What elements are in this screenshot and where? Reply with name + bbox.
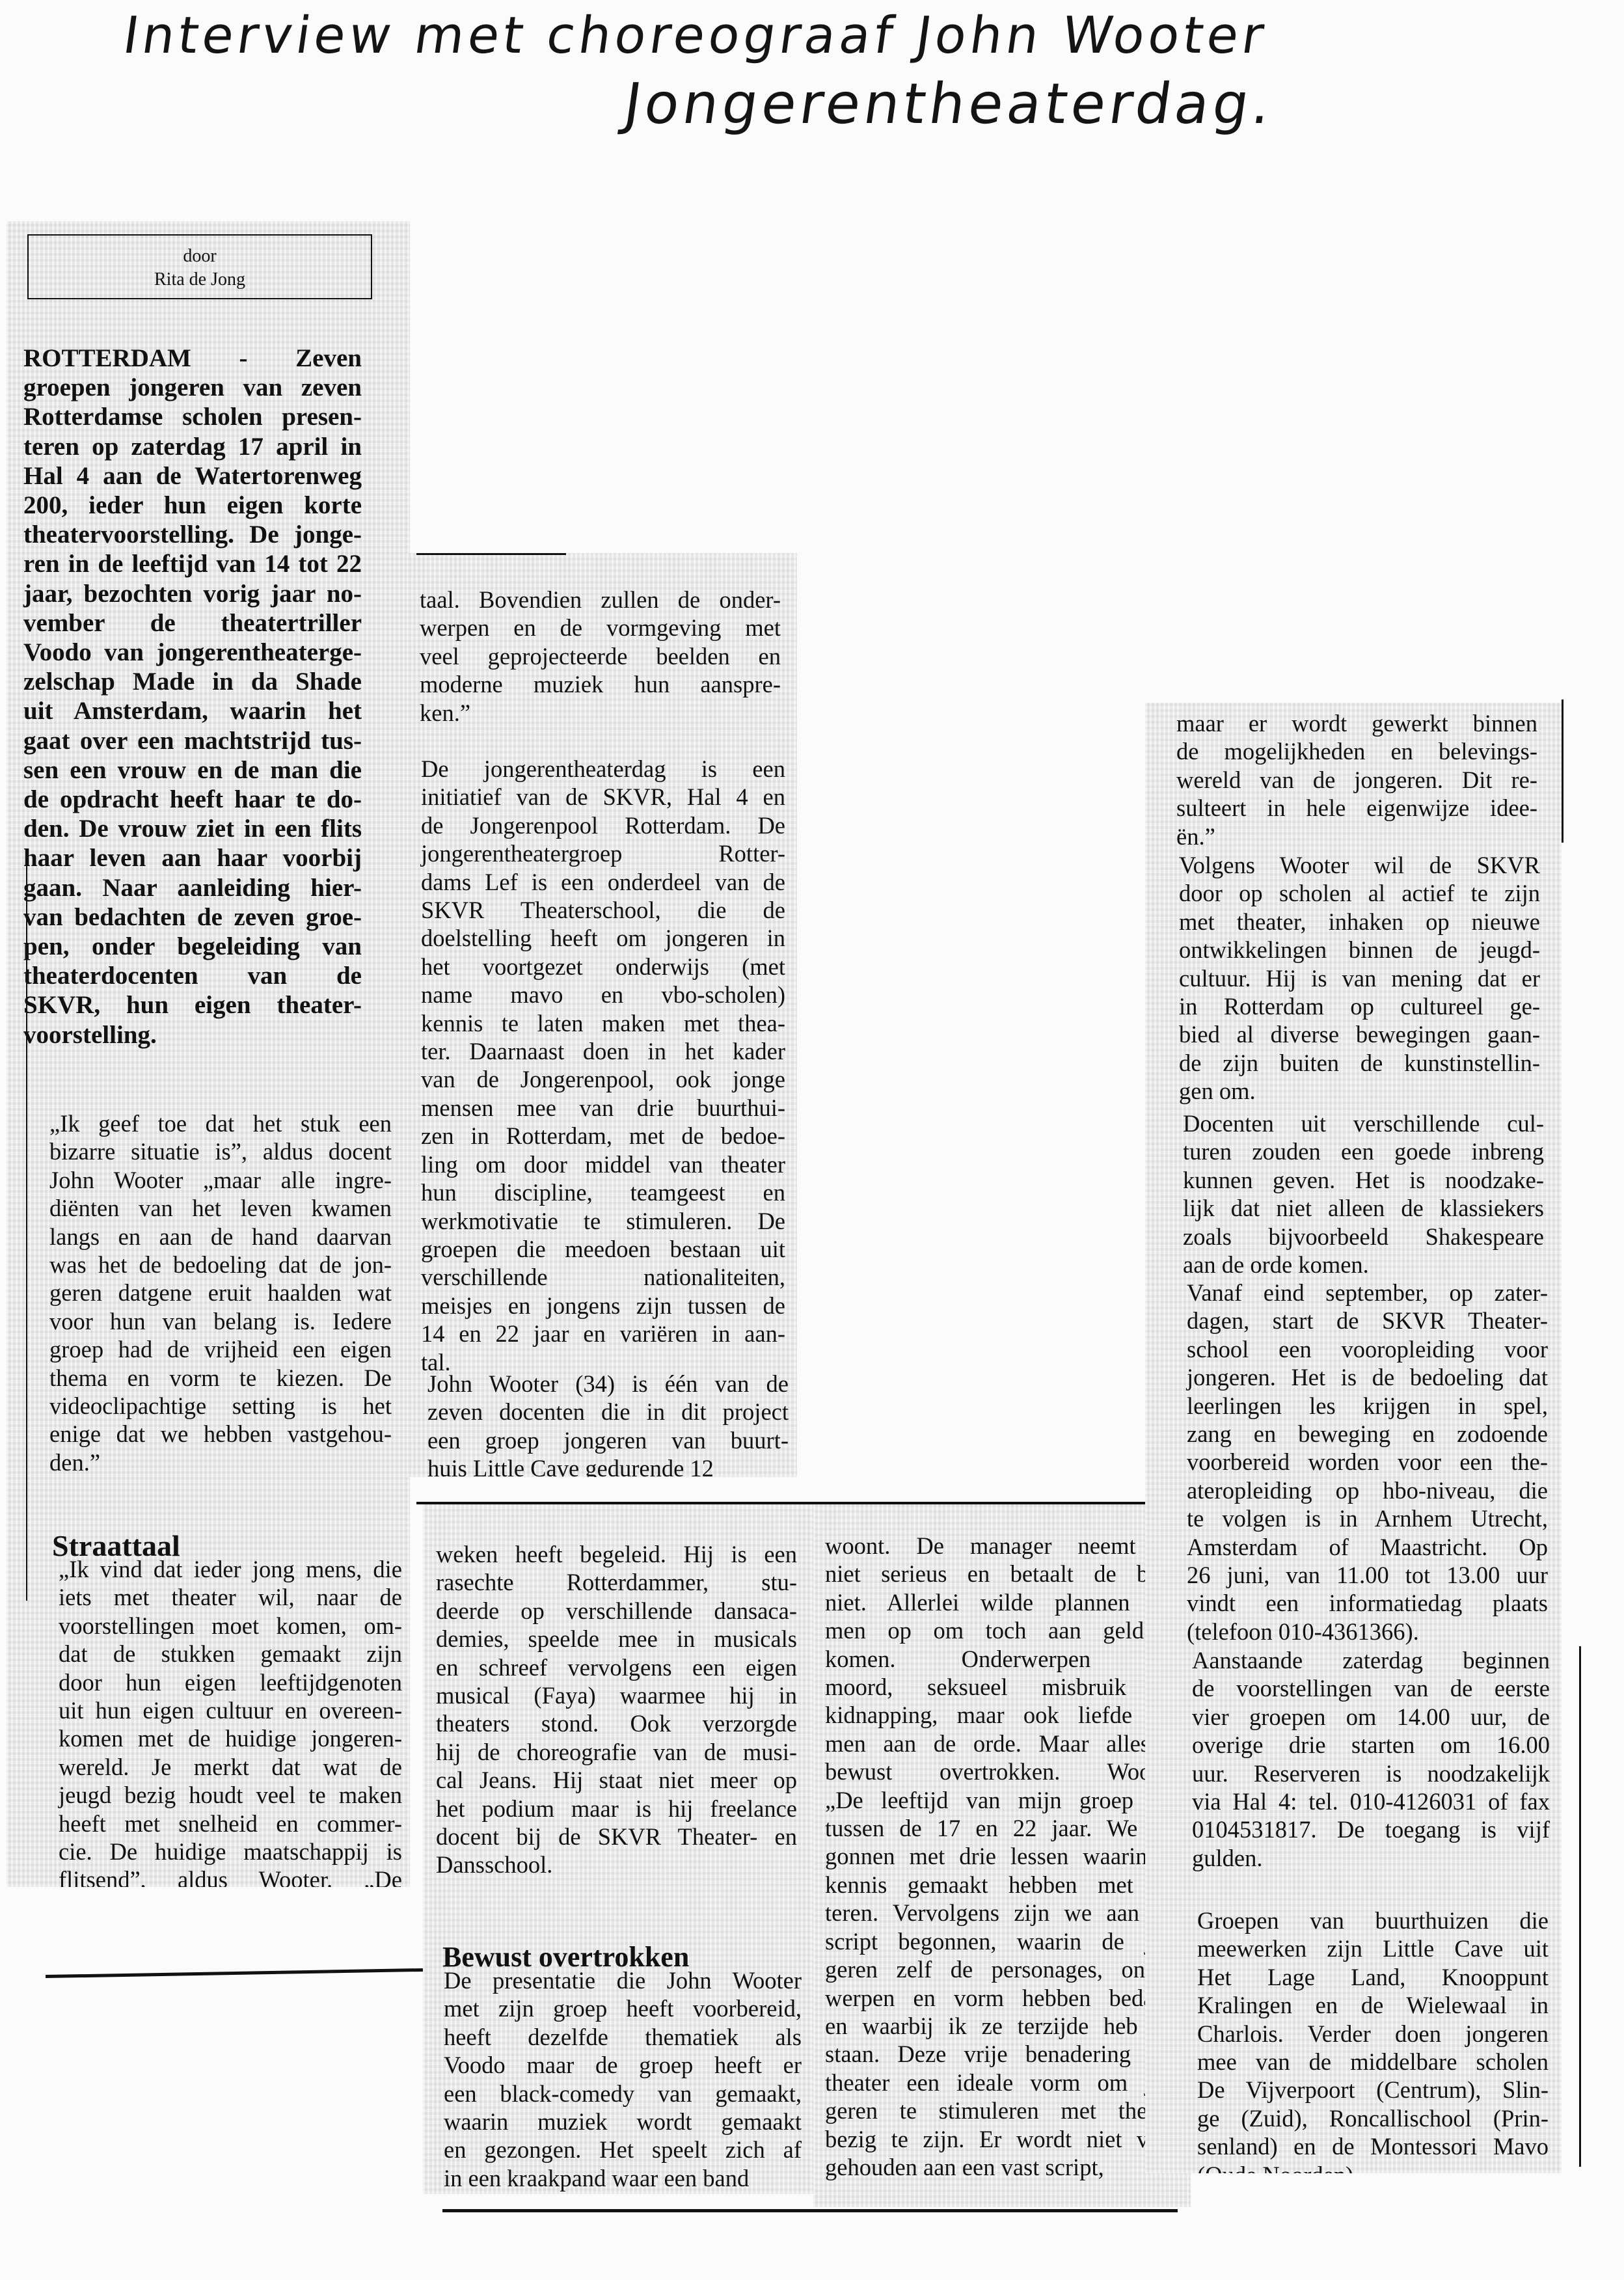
text-line: bezig te zijn. Er wordt niet vast-: [825, 2125, 1183, 2153]
text-line: moderne muziek hun aanspre-: [420, 670, 781, 698]
text-line: werpen en de vormgeving met: [420, 614, 781, 642]
byline-prefix: door: [29, 245, 371, 268]
text-line: uit hun eigen cultuur en overeen-: [59, 1696, 402, 1724]
text-line: vier groepen om 14.00 uur, de: [1192, 1703, 1550, 1731]
column-2-paragraph-2: De jongerentheaterdag is eeninitiatief v…: [421, 755, 785, 1376]
text-line: John Wooter (34) is één van de: [427, 1370, 789, 1398]
text-line: thema en vorm te kiezen. De: [49, 1364, 392, 1392]
text-line: Docenten uit verschillende cul-: [1183, 1109, 1544, 1137]
column-5-paragraph-5: Aanstaande zaterdag beginnende voorstell…: [1192, 1646, 1550, 1872]
text-line: en gezongen. Het speelt zich af: [444, 2136, 802, 2164]
text-line: Volgens Wooter wil de SKVR: [1179, 851, 1540, 879]
column-3-paragraph-2: De presentatie die John Wootermet zijn g…: [444, 1966, 802, 2192]
text-line: een groep jongeren van buurt-: [427, 1426, 789, 1454]
column-5-paragraph-1: maar er wordt gewerkt binnende mogelijkh…: [1176, 709, 1537, 850]
text-line: kennis gemaakt hebben met ac-: [825, 1871, 1183, 1899]
text-line: SKVR Theaterschool, die de: [421, 896, 785, 924]
text-line: 26 juni, van 11.00 tot 13.00 uur: [1187, 1561, 1548, 1589]
text-line: van bedachten de zeven groe-: [23, 903, 362, 932]
column-5-paragraph-2: Volgens Wooter wil de SKVRdoor op schole…: [1179, 851, 1540, 1106]
column-2-paragraph-1: taal. Bovendien zullen de onder-werpen e…: [420, 586, 781, 727]
column-5-right-rule-lower: [1579, 1646, 1581, 2167]
text-line: pen, onder begeleiding van: [23, 932, 362, 961]
text-line: van de Jongerenpool, ook jonge: [421, 1065, 785, 1093]
column-1-paragraph-straattaal: „Ik vind dat ieder jong mens, dieiets me…: [59, 1555, 402, 1887]
text-line: werkmotivatie te stimuleren. De: [421, 1207, 785, 1235]
byline-author: Rita de Jong: [29, 268, 371, 292]
text-line: Groepen van buurthuizen die: [1197, 1907, 1549, 1934]
column-5-paragraph-3: Docenten uit verschillende cul-turen zou…: [1183, 1109, 1544, 1279]
text-line: bied al diverse bewegingen gaan-: [1179, 1020, 1540, 1048]
text-line: (Oude Noorden).: [1197, 2161, 1549, 2173]
text-line: kennis te laten maken met thea-: [421, 1009, 785, 1037]
text-line: uur. Reserveren is noodzakelijk: [1192, 1759, 1550, 1787]
text-line: het voortgezet onderwijs (met: [421, 953, 785, 981]
text-line: gaan. Naar aanleiding hier-: [23, 873, 362, 903]
clipping-bottom-edge: [46, 1968, 423, 1978]
column-1-paragraph-quote: „Ik geef toe dat het stuk eenbizarre sit…: [49, 1109, 392, 1476]
column-2-top-rule: [416, 553, 566, 555]
text-line: de Jongerenpool Rotterdam. De: [421, 811, 785, 839]
column-5-paragraph-6: Groepen van buurthuizen diemeewerken zij…: [1197, 1907, 1549, 2173]
text-line: geren zelf de personages, onder-: [825, 1955, 1183, 1983]
text-line: in een kraakpand waar een band: [444, 2164, 802, 2192]
text-line: aan de orde komen.: [1183, 1251, 1544, 1279]
text-line: Rotterdamse scholen presen-: [23, 402, 362, 431]
text-line: dat de stukken gemaakt zijn: [59, 1640, 402, 1668]
text-line: taal. Bovendien zullen de onder-: [420, 586, 781, 614]
text-line: de voorstellingen van de eerste: [1192, 1674, 1550, 1702]
text-line: in Rotterdam op cultureel ge-: [1179, 992, 1540, 1020]
text-line: teren. Vervolgens zijn we aan het: [825, 1899, 1183, 1927]
text-line: theaterdocenten van de: [23, 961, 362, 990]
column-rule-left: [26, 859, 27, 1601]
text-line: initiatief van de SKVR, Hal 4 en: [421, 783, 785, 811]
text-line: sulteert in hele eigenwijze idee-: [1176, 794, 1537, 822]
text-line: de zijn buiten de kunstinstellin-: [1179, 1049, 1540, 1077]
text-line: ter. Daarnaast doen in het kader: [421, 1037, 785, 1065]
text-line: script begonnen, waarin de jon-: [825, 1927, 1183, 1955]
text-line: 14 en 22 jaar en variëren in aan-: [421, 1320, 785, 1348]
text-line: maar er wordt gewerkt binnen: [1176, 709, 1537, 737]
text-line: met theater, inhaken op nieuwe: [1179, 908, 1540, 936]
text-line: „Ik geef toe dat het stuk een: [49, 1109, 392, 1137]
text-line: heeft dezelfde thematiek als: [444, 2023, 802, 2051]
text-line: De Vijverpoort (Centrum), Slin-: [1197, 2076, 1549, 2104]
text-line: niet. Allerlei wilde plannen ko-: [825, 1588, 1183, 1616]
text-line: met zijn groep heeft voorbereid,: [444, 1994, 802, 2022]
text-line: vember de theatertriller: [23, 608, 362, 638]
text-line: teren op zaterdag 17 april in: [23, 432, 362, 461]
text-line: ge (Zuid), Roncallischool (Prin-: [1197, 2104, 1549, 2132]
clipping-column-2: taal. Bovendien zullen de onder-werpen e…: [407, 553, 797, 1477]
text-line: sen een vrouw en de man die: [23, 755, 362, 785]
text-line: meewerken zijn Little Cave uit: [1197, 1934, 1549, 1962]
text-line: uit Amsterdam, waarin het: [23, 696, 362, 726]
text-line: school een vooropleiding voor: [1187, 1335, 1548, 1363]
text-line: zen in Rotterdam, met de bedoe-: [421, 1122, 785, 1150]
text-line: diënten van het leven kwamen: [49, 1194, 392, 1222]
text-line: den. De vrouw ziet in een flits: [23, 814, 362, 843]
text-line: 0104531817. De toegang is vijf: [1192, 1815, 1550, 1843]
text-line: mee van de middelbare scholen: [1197, 2048, 1549, 2076]
text-line: demies, speelde mee in musicals: [436, 1625, 797, 1653]
text-line: (telefoon 010-4361366).: [1187, 1618, 1548, 1646]
text-line: jongerentheatergroep Rotter-: [421, 839, 785, 867]
text-line: gehouden aan een vast script,: [825, 2153, 1183, 2181]
text-line: flitsend”, aldus Wooter. „De: [59, 1866, 402, 1887]
text-line: voorbereid worden voor een the-: [1187, 1448, 1548, 1476]
text-line: men op om toch aan geld te: [825, 1616, 1183, 1644]
text-line: bewust overtrokken. Wooter:: [825, 1758, 1183, 1785]
text-line: cal Jeans. Hij staat niet meer op: [436, 1766, 797, 1794]
text-line: te volgen is in Arnhem Utrecht,: [1187, 1504, 1548, 1532]
column-3-bottom-rule: [442, 2209, 1178, 2212]
text-line: kunnen geven. Het is noodzake-: [1183, 1166, 1544, 1194]
text-line: overige drie starten om 16.00: [1192, 1731, 1550, 1759]
text-line: Aanstaande zaterdag beginnen: [1192, 1646, 1550, 1674]
text-line: groep had de vrijheid een eigen: [49, 1335, 392, 1363]
text-line: men aan de orde. Maar alles is: [825, 1730, 1183, 1758]
text-line: kidnapping, maar ook liefde ko-: [825, 1701, 1183, 1729]
text-line: name mavo en vbo-scholen): [421, 981, 785, 1009]
text-line: en schreef vervolgens een eigen: [436, 1653, 797, 1681]
text-line: ën.”: [1176, 822, 1537, 850]
clipping-column-5: maar er wordt gewerkt binnende mogelijkh…: [1145, 703, 1562, 2173]
text-line: komen met de huidige jongeren-: [59, 1724, 402, 1752]
clipping-column-1: door Rita de Jong ROTTERDAM - Zevengroep…: [7, 221, 410, 1887]
text-line: „De leeftijd van mijn groep ligt: [825, 1786, 1183, 1814]
byline-box: door Rita de Jong: [27, 234, 372, 299]
text-line: cie. De huidige maatschappij is: [59, 1838, 402, 1866]
text-line: 200, ieder hun eigen korte: [23, 491, 362, 520]
text-line: iets met theater wil, naar de: [59, 1583, 402, 1611]
text-line: musical (Faya) waarmee hij in: [436, 1681, 797, 1709]
text-line: theaters stond. Ook verzorgde: [436, 1709, 797, 1737]
text-line: tussen de 17 en 22 jaar. We be-: [825, 1814, 1183, 1842]
text-line: het podium maar is hij freelance: [436, 1795, 797, 1823]
text-line: Dansschool.: [436, 1851, 797, 1879]
text-line: ling om door middel van theater: [421, 1150, 785, 1178]
text-line: Amsterdam of Maastricht. Op: [1187, 1533, 1548, 1561]
text-line: cultuur. Hij is van mening dat er: [1179, 964, 1540, 992]
text-line: zoals bijvoorbeeld Shakespeare: [1183, 1223, 1544, 1251]
text-line: lijk dat niet alleen de klassiekers: [1183, 1194, 1544, 1222]
text-line: jongeren. Het is de bedoeling dat: [1187, 1363, 1548, 1391]
text-line: dams Lef is een onderdeel van de: [421, 868, 785, 896]
text-line: langs en aan de hand daarvan: [49, 1223, 392, 1251]
text-line: bizarre situatie is”, aldus docent: [49, 1137, 392, 1165]
text-line: mensen mee van drie buurthui-: [421, 1094, 785, 1122]
text-line: rasechte Rotterdammer, stu-: [436, 1568, 797, 1596]
text-line: meisjes en jongens zijn tussen de: [421, 1292, 785, 1320]
text-line: waarin muziek wordt gemaakt: [444, 2108, 802, 2136]
article-lead: ROTTERDAM - Zevengroepen jongeren van ze…: [23, 344, 362, 1050]
text-line: wereld. Je merkt dat wat de: [59, 1753, 402, 1781]
text-line: geren datgene eruit haalden wat: [49, 1279, 392, 1307]
text-line: Vanaf eind september, op zater-: [1187, 1279, 1548, 1307]
text-line: de opdracht heeft haar te do-: [23, 785, 362, 814]
text-line: turen zouden een goede inbreng: [1183, 1137, 1544, 1165]
text-line: zelschap Made in da Shade: [23, 667, 362, 696]
text-line: doelstelling heeft om jongeren in: [421, 924, 785, 952]
text-line: ateropleiding op hbo-niveau, die: [1187, 1476, 1548, 1504]
text-line: een black-comedy van gemaakt,: [444, 2080, 802, 2108]
text-line: „Ik vind dat ieder jong mens, die: [59, 1555, 402, 1583]
text-line: zang en beweging en zodoende: [1187, 1420, 1548, 1448]
text-line: deerde op verschillende dansaca-: [436, 1597, 797, 1625]
text-line: Hal 4 aan de Watertorenweg: [23, 461, 362, 491]
text-line: hij de choreografie van de musi-: [436, 1738, 797, 1766]
text-line: Voodo maar de groep heeft er: [444, 2051, 802, 2079]
text-line: senland) en de Montessori Mavo: [1197, 2132, 1549, 2160]
text-line: gen om.: [1179, 1077, 1540, 1105]
text-line: voor hun van belang is. Iedere: [49, 1307, 392, 1335]
column-5-right-rule: [1562, 699, 1563, 843]
text-line: dagen, start de SKVR Theater-: [1187, 1307, 1548, 1335]
text-line: videoclipachtige setting is het: [49, 1392, 392, 1420]
text-line: zeven docenten die in dit project: [427, 1398, 789, 1426]
text-line: veel geprojecteerde beelden en: [420, 642, 781, 670]
text-line: docent bij de SKVR Theater- en: [436, 1823, 797, 1851]
clipping-column-3: weken heeft begeleid. Hij is eenrasechte…: [423, 1504, 813, 2194]
text-line: huis Little Cave gedurende 12: [427, 1454, 789, 1477]
text-line: SKVR, hun eigen theater-: [23, 990, 362, 1020]
text-line: via Hal 4: tel. 010-4126031 of fax: [1192, 1787, 1550, 1815]
text-line: Charlois. Verder doen jongeren: [1197, 2020, 1549, 2048]
text-line: voorstellingen moet komen, om-: [59, 1612, 402, 1640]
text-line: ontwikkelingen binnen de jeugd-: [1179, 936, 1540, 964]
text-line: woont. De manager neemt ze: [825, 1532, 1183, 1560]
text-line: haar leven aan haar voorbij: [23, 843, 362, 873]
text-line: Kralingen en de Wielewaal in: [1197, 1991, 1549, 2019]
column-3-paragraph-1: weken heeft begeleid. Hij is eenrasechte…: [436, 1540, 797, 1879]
text-line: weken heeft begeleid. Hij is een: [436, 1540, 797, 1568]
text-line: hun discipline, teamgeest en: [421, 1178, 785, 1206]
text-line: groepen die meedoen bestaan uit: [421, 1235, 785, 1263]
text-line: groepen jongeren van zeven: [23, 373, 362, 402]
text-line: Voodo van jongerentheaterge-: [23, 638, 362, 667]
text-line: jeugd bezig houdt veel te maken: [59, 1781, 402, 1809]
text-line: moord, seksueel misbruik en: [825, 1673, 1183, 1701]
text-line: ken.”: [420, 699, 781, 727]
text-line: John Wooter „maar alle ingre-: [49, 1166, 392, 1194]
clipping-column-4: woont. De manager neemt zeniet serieus e…: [813, 1504, 1191, 2207]
text-line: theatervoorstelling. De jonge-: [23, 520, 362, 549]
column-2-paragraph-3: John Wooter (34) is één van dezeven doce…: [427, 1370, 789, 1477]
text-line: jaar, bezochten vorig jaar no-: [23, 579, 362, 608]
text-line: den.”: [49, 1448, 392, 1476]
text-line: was het de bedoeling dat de jon-: [49, 1251, 392, 1279]
text-line: door hun eigen leeftijdgenoten: [59, 1668, 402, 1696]
text-line: ren in de leeftijd van 14 tot 22: [23, 549, 362, 578]
text-line: enige dat we hebben vastgehou-: [49, 1420, 392, 1448]
text-line: voorstelling.: [23, 1020, 362, 1050]
text-line: verschillende nationaliteiten,: [421, 1263, 785, 1291]
text-line: gulden.: [1192, 1844, 1550, 1872]
column-4-paragraph: woont. De manager neemt zeniet serieus e…: [825, 1532, 1183, 2181]
text-line: en waarbij ik ze terzijde heb ge-: [825, 2012, 1183, 2040]
text-line: ROTTERDAM - Zeven: [23, 344, 362, 373]
text-line: gonnen met drie lessen waarin ze: [825, 1842, 1183, 1870]
handwritten-title-line1: Interview met choreograaf John Wooter: [120, 7, 1271, 65]
text-line: leerlingen les krijgen in spel,: [1187, 1392, 1548, 1420]
text-line: De presentatie die John Wooter: [444, 1966, 802, 1994]
handwritten-title-line2: Jongerentheaterdag.: [620, 72, 1279, 137]
text-line: de mogelijkheden en belevings-: [1176, 737, 1537, 765]
text-line: wereld van de jongeren. Dit re-: [1176, 766, 1537, 794]
text-line: niet serieus en betaalt de band: [825, 1560, 1183, 1588]
text-line: gaat over een machtstrijd tus-: [23, 726, 362, 755]
text-line: geren te stimuleren met theater: [825, 2097, 1183, 2124]
text-line: vindt een informatiedag plaats: [1187, 1589, 1548, 1617]
text-line: komen. Onderwerpen als: [825, 1645, 1183, 1673]
text-line: door op scholen al actief te zijn: [1179, 879, 1540, 907]
text-line: Het Lage Land, Knooppunt: [1197, 1963, 1549, 1991]
text-line: werpen en vorm hebben bedacht: [825, 1984, 1183, 2012]
text-line: staan. Deze vrije benadering van: [825, 2040, 1183, 2068]
text-line: theater een ideale vorm om jon-: [825, 2069, 1183, 2097]
text-line: De jongerentheaterdag is een: [421, 755, 785, 783]
column-5-paragraph-4: Vanaf eind september, op zater-dagen, st…: [1187, 1279, 1548, 1646]
text-line: heeft met snelheid en commer-: [59, 1810, 402, 1838]
